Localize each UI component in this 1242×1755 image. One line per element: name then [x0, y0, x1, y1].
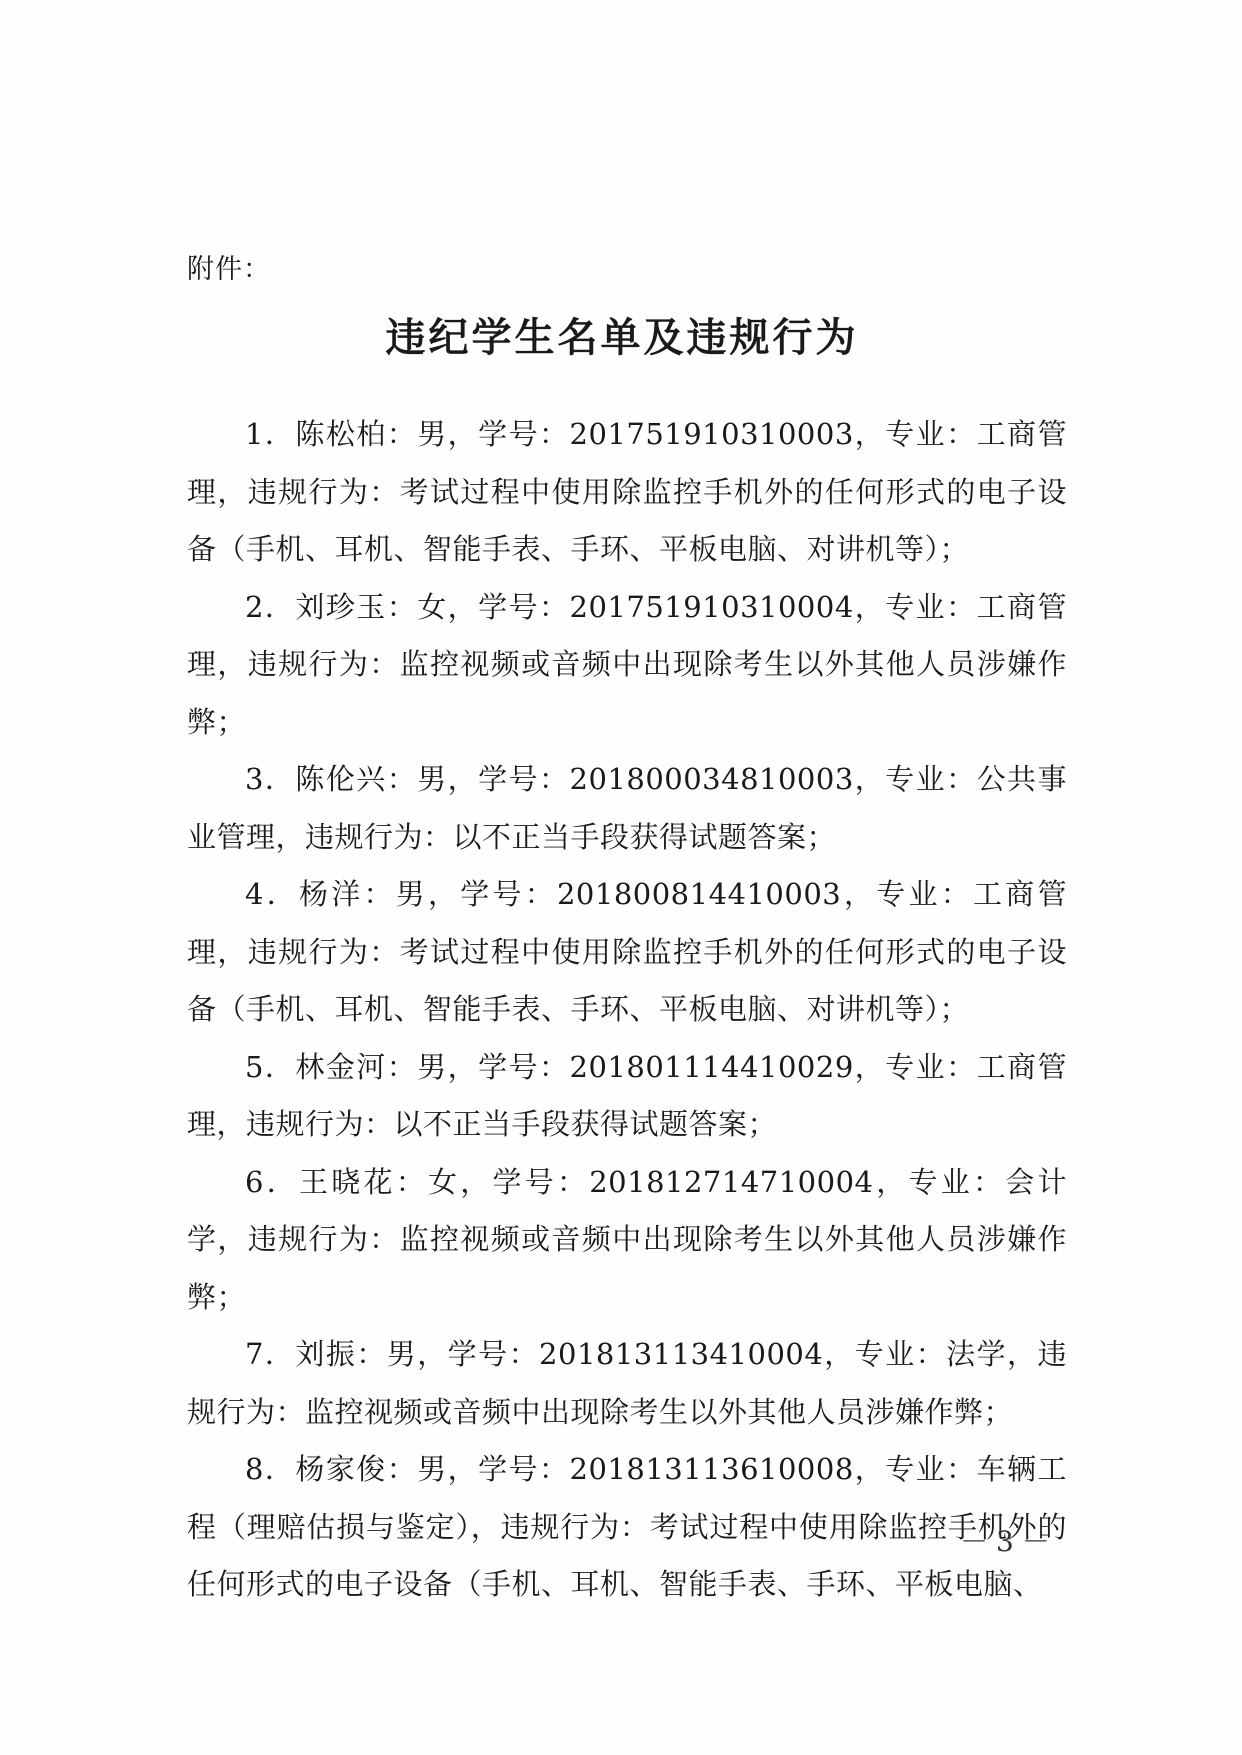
violation-list: 1．陈松柏：男，学号：201751910310003，专业：工商管理，违规行为：…	[187, 406, 1067, 1614]
list-item-5: 5．林金河：男，学号：201801114410029，专业：工商管理，违规行为：…	[187, 1039, 1067, 1154]
list-item-1: 1．陈松柏：男，学号：201751910310003，专业：工商管理，违规行为：…	[187, 406, 1067, 579]
list-item-2: 2．刘珍玉：女，学号：201751910310004，专业：工商管理，违规行为：…	[187, 579, 1067, 752]
list-item-7: 7．刘振：男，学号：201813113410004，专业：法学，违规行为：监控视…	[187, 1326, 1067, 1441]
document-title: 违纪学生名单及违规行为	[187, 308, 1067, 368]
document-body: 附件： 违纪学生名单及违规行为 1．陈松柏：男，学号：2017519103100…	[187, 250, 1067, 1614]
list-item-8: 8．杨家俊：男，学号：201813113610008，专业：车辆工程（理赔估损与…	[187, 1441, 1067, 1614]
list-item-3: 3．陈伦兴：男，学号：201800034810003，专业：公共事业管理，违规行…	[187, 751, 1067, 866]
document-page: 附件： 违纪学生名单及违规行为 1．陈松柏：男，学号：2017519103100…	[0, 0, 1242, 1755]
page-number: －3－	[960, 1520, 1058, 1560]
list-item-6: 6．王晓花：女，学号：201812714710004，专业：会计学，违规行为：监…	[187, 1154, 1067, 1327]
attachment-label: 附件：	[187, 250, 1067, 294]
list-item-4: 4．杨洋：男，学号：201800814410003，专业：工商管理，违规行为：考…	[187, 866, 1067, 1039]
